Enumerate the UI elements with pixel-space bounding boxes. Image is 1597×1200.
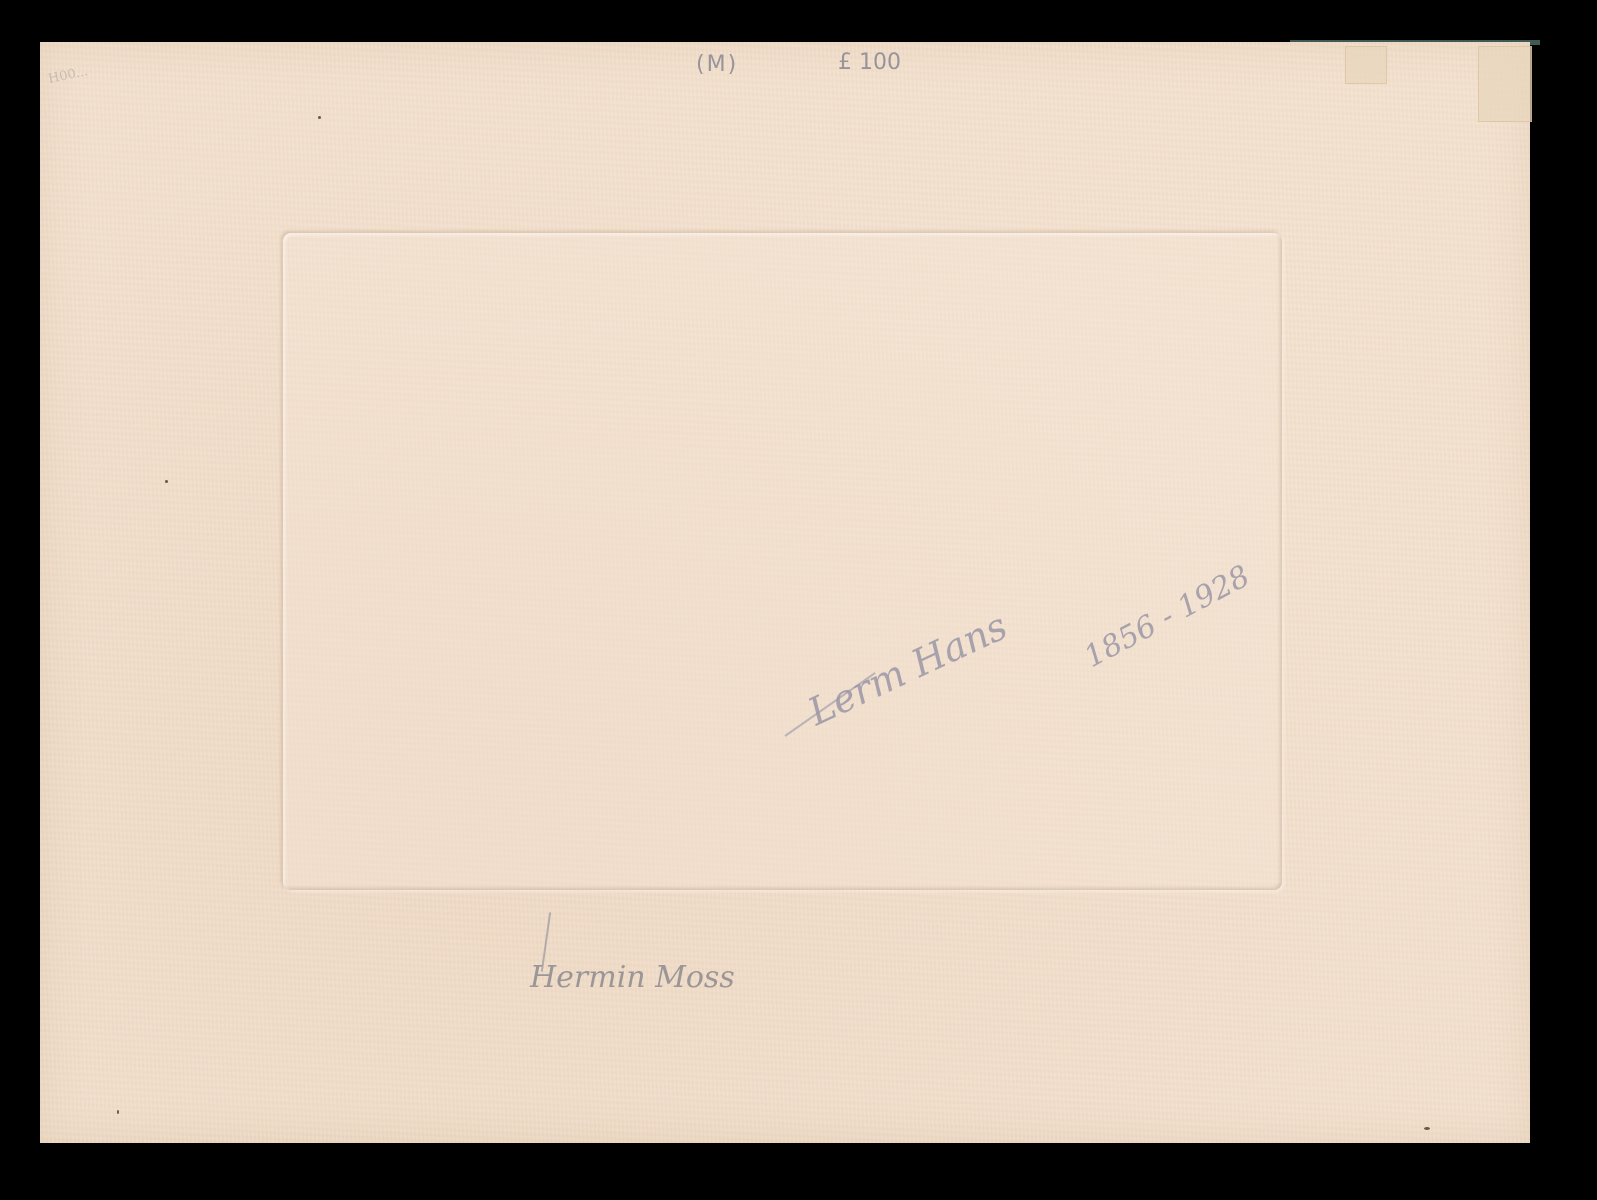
paper-speck <box>318 116 321 119</box>
paper-speck <box>117 1110 119 1114</box>
hinge-tape-residue-corner <box>1478 46 1532 122</box>
lower-signature: Hermin Moss <box>530 960 735 995</box>
price-note: £ 100 <box>838 50 901 75</box>
code-note: (M) <box>696 52 738 77</box>
paper-speck <box>165 480 168 483</box>
plate-mark-impression <box>283 233 1282 890</box>
paper-speck <box>1424 1127 1430 1130</box>
hinge-tape-residue <box>1345 46 1387 84</box>
